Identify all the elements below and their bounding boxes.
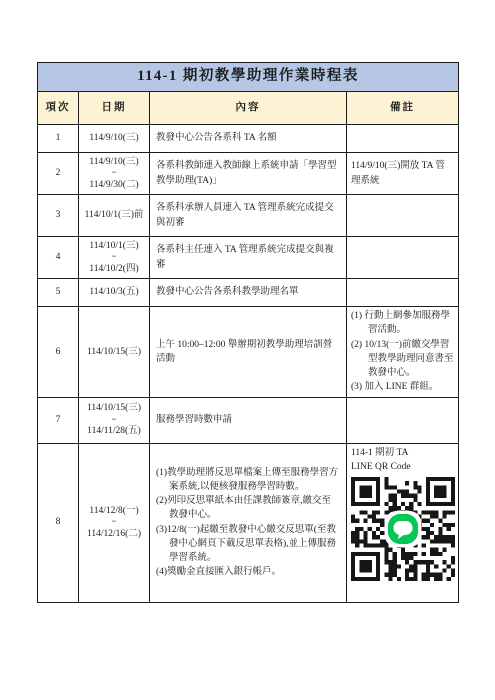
text-line: 114-1 期初 TA — [351, 446, 454, 460]
cell-content: 教發中心公告各系科教學助理名單 — [150, 279, 347, 307]
cell-item-number: 3 — [38, 195, 79, 237]
text-line: ~ — [81, 416, 147, 425]
text-line: 各系科教師連入教師線上系統申請「學習型教學助理(TA)」 — [156, 159, 340, 188]
text-line: 114/10/15(三) — [81, 401, 147, 415]
cell-content: 上午 10:00–12:00 舉辦期初教學助理培訓營活動 — [150, 307, 347, 398]
cell-item-number: 6 — [38, 307, 79, 398]
text-line: 114/9/30(二) — [81, 178, 147, 192]
line-logo-icon — [385, 511, 421, 547]
text-line: 服務學習時數申請 — [156, 413, 340, 427]
text-line: (1)教學助理將反思單檔案上傳至服務學習方案系統,以便核發服務學習時數。 — [156, 466, 340, 495]
cell-content: (1)教學助理將反思單檔案上傳至服務學習方案系統,以便核發服務學習時數。(2)列… — [150, 443, 347, 602]
cell-date: 114/9/10(三)~114/9/30(二) — [79, 153, 150, 195]
table-row: 5 114/10/3(五) 教發中心公告各系科教學助理名單 — [38, 279, 459, 307]
text-line: 114/10/15(三) — [81, 345, 147, 359]
text-line: 114/12/16(二) — [81, 527, 147, 541]
cell-remarks: 114/9/10(三)開放 TA 管理系統 — [347, 153, 459, 195]
page: { "table": { "title": "114-1 期初教學助理作業時程表… — [0, 0, 495, 700]
table-title-row: 114-1 期初教學助理作業時程表 — [38, 63, 459, 92]
text-line: (2) 10/13(一)前繳交學習型教學助理同意書至教發中心。 — [351, 338, 454, 381]
cell-date: 114/10/15(三)~114/11/28(五) — [79, 397, 150, 443]
cell-item-number: 1 — [38, 125, 79, 153]
cell-date: 114/9/10(三) — [79, 125, 150, 153]
text-line: ~ — [81, 169, 147, 178]
text-line: 各系科主任連入 TA 管理系統完成提交與複審 — [156, 243, 340, 272]
cell-remarks — [347, 397, 459, 443]
cell-date: 114/10/3(五) — [79, 279, 150, 307]
table-row: 1 114/9/10(三) 教發中心公告各系科 TA 名額 — [38, 125, 459, 153]
table-row: 8 114/12/8(一)~114/12/16(二) (1)教學助理將反思單檔案… — [38, 443, 459, 602]
cell-remarks — [347, 237, 459, 279]
col-header-content: 內容 — [150, 92, 347, 125]
text-line: 教發中心公告各系科 TA 名額 — [156, 131, 340, 145]
cell-item-number: 5 — [38, 279, 79, 307]
table-row: 2 114/9/10(三)~114/9/30(二) 各系科教師連入教師線上系統申… — [38, 153, 459, 195]
cell-item-number: 2 — [38, 153, 79, 195]
text-line: 114/9/10(三) — [81, 155, 147, 169]
col-header-remarks: 備註 — [347, 92, 459, 125]
text-line: 114/11/28(五) — [81, 424, 147, 438]
cell-content: 各系科承辦人員連入 TA 管理系統完成提交與初審 — [150, 195, 347, 237]
text-line: 114/9/10(三)開放 TA 管理系統 — [351, 159, 454, 188]
cell-item-number: 7 — [38, 397, 79, 443]
table-title: 114-1 期初教學助理作業時程表 — [38, 63, 459, 92]
col-header-item: 項次 — [38, 92, 79, 125]
cell-content: 各系科主任連入 TA 管理系統完成提交與複審 — [150, 237, 347, 279]
cell-remarks: 114-1 期初 TALINE QR Code — [347, 443, 459, 602]
schedule-table-body: 114-1 期初教學助理作業時程表 項次 日期 內容 備註 1 114/9/10… — [38, 63, 459, 603]
text-line: ~ — [81, 518, 147, 527]
line-qr-code — [351, 477, 455, 581]
cell-date: 114/10/1(三)~114/10/2(四) — [79, 237, 150, 279]
col-header-date: 日期 — [79, 92, 150, 125]
text-line: 114/10/1(三)前 — [81, 208, 147, 222]
cell-remarks — [347, 195, 459, 237]
cell-remarks — [347, 279, 459, 307]
text-line: (4)獎勵金直接匯入銀行帳戶。 — [156, 565, 340, 579]
text-line: 114/10/2(四) — [81, 262, 147, 276]
text-line: (3)12/8(一)起繳至教發中心繳交反思單(至教發中心網頁下載反思單表格),並… — [156, 523, 340, 566]
cell-date: 114/10/15(三) — [79, 307, 150, 398]
text-line: 教發中心公告各系科教學助理名單 — [156, 285, 340, 299]
text-line: 上午 10:00–12:00 舉辦期初教學助理培訓營活動 — [156, 338, 340, 367]
table-header-row: 項次 日期 內容 備註 — [38, 92, 459, 125]
cell-date: 114/12/8(一)~114/12/16(二) — [79, 443, 150, 602]
text-line: ~ — [81, 253, 147, 262]
table-row: 7 114/10/15(三)~114/11/28(五) 服務學習時數申請 — [38, 397, 459, 443]
cell-content: 各系科教師連入教師線上系統申請「學習型教學助理(TA)」 — [150, 153, 347, 195]
text-line: (3) 加入 LINE 群組。 — [351, 380, 454, 394]
cell-item-number: 4 — [38, 237, 79, 279]
text-line: 各系科承辦人員連入 TA 管理系統完成提交與初審 — [156, 201, 340, 230]
text-line: 114/12/8(一) — [81, 504, 147, 518]
text-line: (2)列印反思單紙本由任課教師簽章,繳交至教發中心。 — [156, 494, 340, 523]
table-row: 4 114/10/1(三)~114/10/2(四) 各系科主任連入 TA 管理系… — [38, 237, 459, 279]
text-line: 114/9/10(三) — [81, 131, 147, 145]
table-row: 6 114/10/15(三) 上午 10:00–12:00 舉辦期初教學助理培訓… — [38, 307, 459, 398]
text-line: LINE QR Code — [351, 460, 454, 474]
table-row: 3 114/10/1(三)前 各系科承辦人員連入 TA 管理系統完成提交與初審 — [38, 195, 459, 237]
cell-date: 114/10/1(三)前 — [79, 195, 150, 237]
cell-item-number: 8 — [38, 443, 79, 602]
cell-remarks — [347, 125, 459, 153]
text-line: (1) 行動上網參加服務學習活動。 — [351, 309, 454, 338]
schedule-table: 114-1 期初教學助理作業時程表 項次 日期 內容 備註 1 114/9/10… — [37, 62, 459, 603]
cell-content: 教發中心公告各系科 TA 名額 — [150, 125, 347, 153]
text-line: 114/10/1(三) — [81, 239, 147, 253]
cell-content: 服務學習時數申請 — [150, 397, 347, 443]
cell-remarks: (1) 行動上網參加服務學習活動。(2) 10/13(一)前繳交學習型教學助理同… — [347, 307, 459, 398]
text-line: 114/10/3(五) — [81, 285, 147, 299]
